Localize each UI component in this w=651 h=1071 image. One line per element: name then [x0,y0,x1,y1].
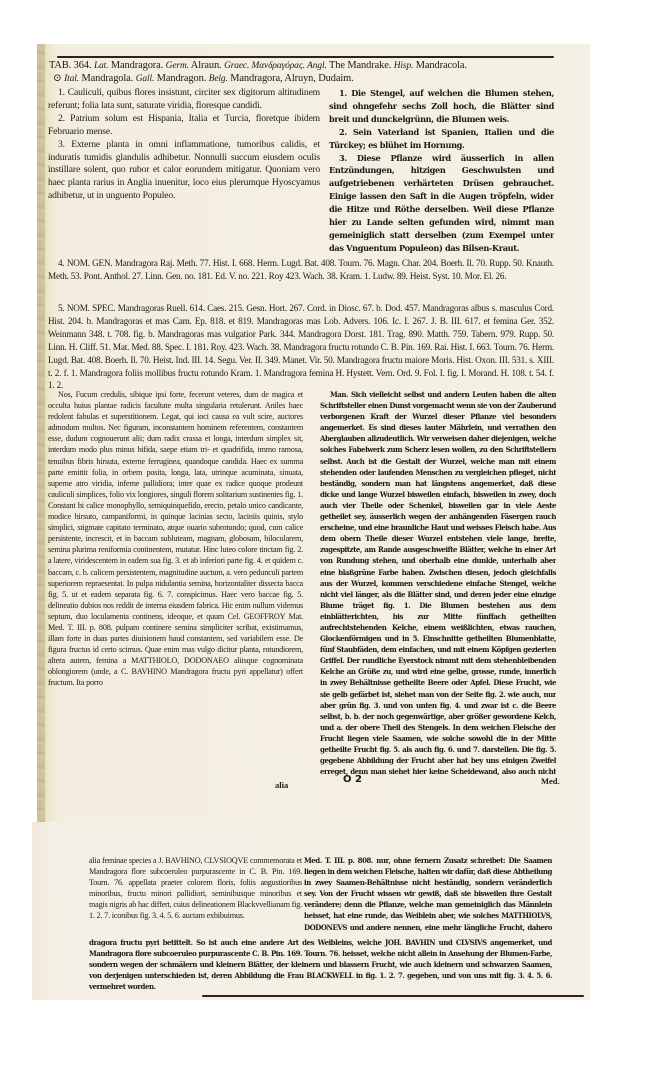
top-page-scan: TAB. 364. Lat. Mandragora. Germ. Alraun.… [37,44,590,822]
header-line-2: ⊙ Ital. Mandragola. Gall. Mandragon. Bel… [53,72,554,86]
footer-rule [202,995,584,997]
latin-item-1: 1. Cauliculi, quibus flores insistunt, c… [48,87,320,113]
german-item-1: 1. Die Stengel, auf welchen die Blumen s… [329,87,554,126]
header-rule [57,56,554,58]
bottom-german-full-width: dragora fructu pyri betittelt. So ist au… [89,937,552,993]
german-catchword: Med. [541,776,560,786]
german-item-2: 2. Sein Vaterland ist Spanien, Italien u… [329,126,554,152]
header-line-1: TAB. 364. Lat. Mandragora. Germ. Alraun.… [49,59,554,73]
german-description-column: 1. Die Stengel, auf welchen die Blumen s… [329,87,554,255]
latin-description-column: 1. Cauliculi, quibus flores insistunt, c… [48,87,320,255]
bottom-page-scan: alia feminae species a J. BAVHINO, CLVSI… [32,822,590,1000]
german-note-column: Man. Sich vielleicht selbst und andern L… [320,389,556,779]
bottom-german-column: Med. T. III. p. 808. nur, ohne fernern Z… [304,855,552,935]
signature-mark: O 2 [343,774,362,785]
latin-item-3: 3. Externe planta in omni inflammatione,… [48,139,320,204]
latin-note-column: Nos, Fucum credulis, sibique ipsi forte,… [48,389,303,779]
latin-catchword: alia [275,780,288,790]
nomenclature-genus: 4. NOM. GEN. Mandragora Raj. Meth. 77. H… [48,257,554,297]
page-gutter-shadow [37,44,45,822]
german-item-3: 3. Diese Pflanze wird äusserlich in alle… [329,152,554,255]
bottom-latin-column: alia feminae species a J. BAVHINO, CLVSI… [89,855,302,935]
latin-item-2: 2. Patrium solum est Hispania, Italia et… [48,113,320,139]
